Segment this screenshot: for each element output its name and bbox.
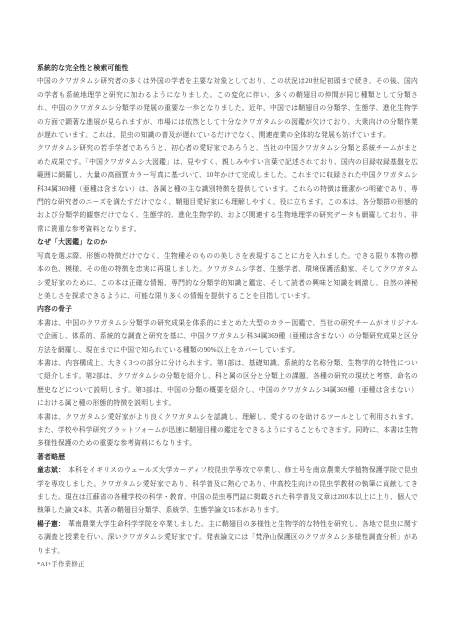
author-bio-text: 本科をイギリスのウェールズ大学カーディフ校昆虫学専攻で卒業し、修士号を南京農業大… [37, 467, 418, 514]
section-heading-authors: 著者略歴 [37, 451, 418, 464]
document-content: 系統的な完全性と検索可能性 中国のクワガタムシ研究者の多くは外国の学者を主要な対… [37, 62, 418, 571]
paragraph-intro-1: 中国のクワガタムシ研究者の多くは外国の学者を主要な対象としており、この状況は20… [37, 75, 418, 142]
author-bio: 楊子憲：華南農業大学生命科学学院を卒業しました。主に鞘翅目の多様性と生物学的な特… [37, 518, 418, 558]
paragraph-contents-2: 本書は、内容構成上、大きく3つの部分に分けられます。第1部は、基礎知識、系統的な… [37, 357, 418, 411]
author-name: 童志斌： [37, 467, 65, 474]
footnote-note: *AI+手作業修正 [37, 558, 418, 571]
author-bio-text: 華南農業大学生命科学学院を卒業しました。主に鞘翅目の多様性と生物学的な特性を研究… [37, 521, 418, 555]
paragraph-contents-1: 本書は、中国のクワガタムシ分類学の研究成果を体系的にまとめた大型のカラー図鑑で、… [37, 317, 418, 357]
author-bio: 童志斌：本科をイギリスのウェールズ大学カーディフ校昆虫学専攻で卒業し、修士号を南… [37, 464, 418, 518]
paragraph-why: 写真を選ぶ際、形態の特徴だけでなく、生物種そのものの美しさを表現することに力を入… [37, 250, 418, 304]
paragraph-contents-3: 本書は、クワガタムシ愛好家がより良くクワガタムシを認識し、理解し、愛するのを助け… [37, 411, 418, 451]
document-page: 系統的な完全性と検索可能性 中国のクワガタムシ研究者の多くは外国の学者を主要な対… [0, 0, 452, 640]
author-name: 楊子憲： [37, 521, 65, 528]
section-heading-why: なぜ「大図鑑」なのか [37, 236, 418, 249]
section-heading-contents: 内容の骨子 [37, 303, 418, 316]
paragraph-intro-2: クワガタムシ研究の若手学者であろうと、初心者の愛好家であろうと、当社の中国クワガ… [37, 142, 418, 236]
section-heading-completeness: 系統的な完全性と検索可能性 [37, 62, 418, 75]
